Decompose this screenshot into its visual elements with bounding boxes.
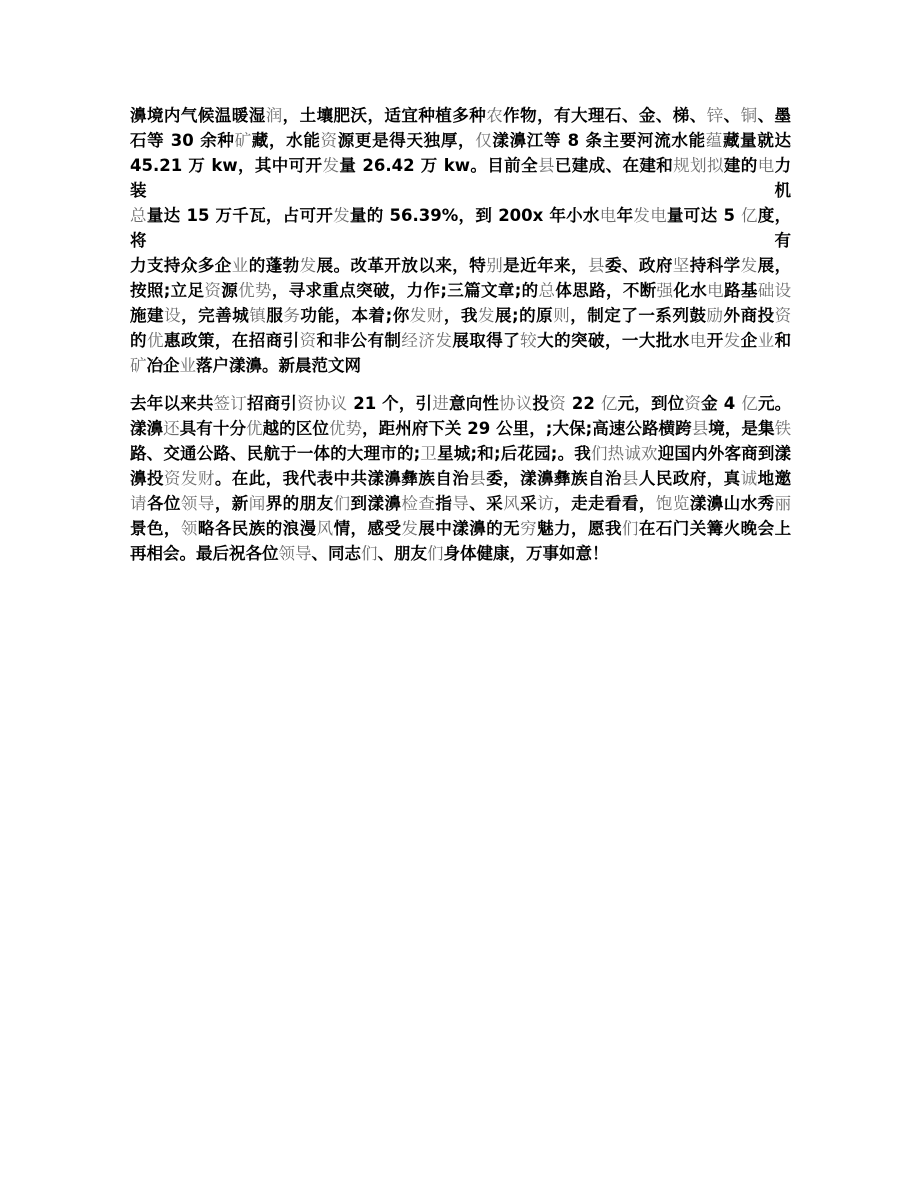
substituted-glyph: 县 xyxy=(538,156,555,175)
substituted-glyph: 电 xyxy=(650,206,667,225)
substituted-glyph: 发 xyxy=(401,519,418,538)
text-line: 的优惠政策，在招商引资和非公有制经济发展取得了较大的突破，一大批水电开发企业和 xyxy=(130,328,791,353)
paragraph: 去年以来共签订招商引资协议 21 个，引进意向性协议投资 22 亿元，到位资金 … xyxy=(130,391,791,566)
substituted-glyph: 们 xyxy=(591,444,608,463)
document-text: 濞境内气候温暖湿润，土壤肥沃，适宜种植多种农作物，有大理石、金、梯、锌、铜、墨石… xyxy=(130,103,791,579)
substituted-glyph: 础 xyxy=(758,281,775,300)
substituted-glyph: 铁 xyxy=(775,419,792,438)
substituted-glyph: 发 xyxy=(633,206,650,225)
substituted-glyph: 议 xyxy=(516,394,533,413)
text-line: 45.21 万 kw，其中可开发量 26.42 万 kw。目前全县已建成、在建和… xyxy=(130,153,791,203)
substituted-glyph: 资 xyxy=(321,131,338,150)
substituted-glyph: 发 xyxy=(333,206,350,225)
substituted-glyph: 导 xyxy=(295,544,312,563)
substituted-glyph: 县 xyxy=(469,469,486,488)
substituted-glyph: 仅 xyxy=(475,131,492,150)
substituted-glyph: 风 xyxy=(503,494,520,513)
substituted-glyph: 优 xyxy=(246,419,263,438)
substituted-glyph: 进 xyxy=(432,394,449,413)
substituted-glyph: 财 xyxy=(427,306,444,325)
text-line: 濞境内气候温暖湿润，土壤肥沃，适宜种植多种农作物，有大理石、金、梯、锌、铜、墨 xyxy=(130,103,791,128)
substituted-glyph: 业 xyxy=(180,356,197,375)
substituted-glyph: 励 xyxy=(707,306,724,325)
text-line: 石等 30 余种矿藏，水能资源更是得天独厚，仅漾濞江等 8 条主要河流水能蕴藏量… xyxy=(130,128,791,153)
substituted-glyph: 较 xyxy=(520,331,537,350)
substituted-glyph: 议 xyxy=(331,394,348,413)
substituted-glyph: 导 xyxy=(198,494,215,513)
substituted-glyph: 资 xyxy=(297,394,314,413)
substituted-glyph: 资 xyxy=(204,281,221,300)
substituted-glyph: 欢 xyxy=(641,444,658,463)
substituted-glyph: 闻 xyxy=(249,494,266,513)
paragraph: 濞境内气候温暖湿润，土壤肥沃，适宜种植多种农作物，有大理石、金、梯、锌、铜、墨石… xyxy=(130,103,791,378)
text-line: 请各位领导，新闻界的朋友们到漾濞检查指导、采风采访，走走看看，饱览漾濞山水秀丽 xyxy=(130,491,791,516)
substituted-glyph: 签 xyxy=(214,394,231,413)
substituted-glyph: 矿 xyxy=(130,356,147,375)
substituted-glyph: 电 xyxy=(758,156,775,175)
substituted-glyph: 资 xyxy=(300,331,317,350)
text-line: 按照;立足资源优势，寻求重点突破，力作;三篇文章;的总体思路，不断强化水电路基础… xyxy=(130,278,791,303)
substituted-glyph: 润 xyxy=(266,106,283,125)
substituted-glyph: 们 xyxy=(361,544,378,563)
substituted-glyph: 发 xyxy=(741,256,758,275)
substituted-glyph: 发 xyxy=(322,156,339,175)
text-line: 路、交通公路、民航于一体的大理市的;卫星城;和;后花园;。我们热诚欢迎国内外客商… xyxy=(130,441,791,466)
substituted-glyph: 协 xyxy=(499,394,516,413)
substituted-glyph: 领 xyxy=(279,544,296,563)
substituted-glyph: 铜 xyxy=(741,106,758,125)
substituted-glyph: 发 xyxy=(435,331,452,350)
substituted-glyph: 检 xyxy=(401,494,418,513)
substituted-glyph: 规 xyxy=(673,156,690,175)
text-line: 漾濞还具有十分优越的区位优势，距州府下关 29 公里，;大保;高速公路横跨县境，… xyxy=(130,416,791,441)
substituted-glyph: 强 xyxy=(657,281,674,300)
text-line: 去年以来共签订招商引资协议 21 个，引进意向性协议投资 22 亿元，到位资金 … xyxy=(130,391,791,416)
text-line: 力支持众多企业的蓬勃发展。改革开放以来，特别是近年来，县委、政府坚持科学发展， xyxy=(130,253,791,278)
substituted-glyph: 锌 xyxy=(707,106,724,125)
substituted-glyph: 卫 xyxy=(420,444,437,463)
substituted-glyph: 诚 xyxy=(624,444,641,463)
text-line: 景色，领略各民族的浪漫风情，感受发展中漾濞的无穷魅力，愿我们在石门关篝火晚会上 xyxy=(130,516,791,541)
substituted-glyph: 别 xyxy=(486,256,503,275)
substituted-glyph: 势 xyxy=(345,419,362,438)
substituted-glyph: 穷 xyxy=(520,519,537,538)
substituted-glyph: 资 xyxy=(549,394,566,413)
substituted-glyph: 矿 xyxy=(235,131,252,150)
substituted-glyph: 览 xyxy=(673,494,690,513)
substituted-glyph: 访 xyxy=(537,494,554,513)
substituted-glyph: 资 xyxy=(164,469,181,488)
substituted-glyph: 资 xyxy=(775,306,792,325)
substituted-glyph: 领 xyxy=(181,494,198,513)
substituted-glyph: 还 xyxy=(163,419,180,438)
substituted-glyph: 们 xyxy=(427,544,444,563)
substituted-glyph: 饱 xyxy=(656,494,673,513)
substituted-glyph: 们 xyxy=(334,494,351,513)
substituted-glyph: 发 xyxy=(410,306,427,325)
substituted-glyph: 电 xyxy=(690,331,707,350)
substituted-glyph: 们 xyxy=(622,519,639,538)
substituted-glyph: 请 xyxy=(130,494,147,513)
substituted-glyph: 发 xyxy=(478,306,495,325)
substituted-glyph: 坚 xyxy=(673,256,690,275)
substituted-glyph: 济 xyxy=(418,331,435,350)
text-line: 濞投资发财。在此，我代表中共漾濞彝族自治县委，漾濞彝族自治县人民政府，真诚地邀 xyxy=(130,466,791,491)
substituted-glyph: 业 xyxy=(758,331,775,350)
substituted-glyph: 电 xyxy=(600,206,617,225)
substituted-glyph: 领 xyxy=(181,519,198,538)
substituted-glyph: 总 xyxy=(130,206,147,225)
substituted-glyph: 优 xyxy=(147,331,164,350)
substituted-glyph: 查 xyxy=(418,494,435,513)
substituted-glyph: 亿 xyxy=(741,394,758,413)
text-line: 再相会。最后祝各位领导、同志们、朋友们身体健康，万事如意！ xyxy=(130,541,791,566)
substituted-glyph: 总 xyxy=(539,281,556,300)
substituted-glyph: 协 xyxy=(314,394,331,413)
substituted-glyph: 镇 xyxy=(249,306,266,325)
substituted-glyph: 资 xyxy=(684,394,701,413)
document-page: 濞境内气候温暖湿润，土壤肥沃，适宜种植多种农作物，有大理石、金、梯、锌、铜、墨石… xyxy=(0,0,920,1191)
substituted-glyph: 优 xyxy=(329,419,346,438)
substituted-glyph: 丽 xyxy=(775,494,792,513)
substituted-glyph: 设 xyxy=(164,306,181,325)
substituted-glyph: 则 xyxy=(553,306,570,325)
substituted-glyph: 设 xyxy=(775,281,792,300)
text-line: 总量达 15 万千瓦，占可开发量的 56.39%，到 200x 年小水电年发电量… xyxy=(130,203,791,253)
substituted-glyph: 电 xyxy=(707,281,724,300)
substituted-glyph: 亿 xyxy=(601,394,618,413)
substituted-glyph: 县 xyxy=(622,469,639,488)
substituted-glyph: 蕴 xyxy=(706,131,723,150)
substituted-glyph: 业 xyxy=(232,256,249,275)
substituted-glyph: 拟 xyxy=(707,156,724,175)
substituted-glyph: 发 xyxy=(181,469,198,488)
text-line: 矿冶企业落户漾濞。新晨范文网 xyxy=(130,353,791,378)
substituted-glyph: 农 xyxy=(486,106,503,125)
substituted-glyph: 划 xyxy=(690,156,707,175)
substituted-glyph: 务 xyxy=(283,306,300,325)
substituted-glyph: 亿 xyxy=(741,206,758,225)
substituted-glyph: 导 xyxy=(452,494,469,513)
substituted-glyph: 发 xyxy=(300,256,317,275)
substituted-glyph: 热 xyxy=(608,444,625,463)
substituted-glyph: 经 xyxy=(401,331,418,350)
substituted-glyph: 势 xyxy=(255,281,272,300)
substituted-glyph: 诚 xyxy=(741,469,758,488)
substituted-glyph: 订 xyxy=(230,394,247,413)
substituted-glyph: 县 xyxy=(588,256,605,275)
substituted-glyph: 县 xyxy=(692,419,709,438)
substituted-glyph: 风 xyxy=(317,519,334,538)
substituted-glyph: 优 xyxy=(238,281,255,300)
substituted-glyph: 财 xyxy=(198,469,215,488)
substituted-glyph: 发 xyxy=(724,331,741,350)
text-line: 施建设，完善城镇服务功能，本着;你发财，我发展;的原则，制定了一系列鼓励外商投资 xyxy=(130,303,791,328)
